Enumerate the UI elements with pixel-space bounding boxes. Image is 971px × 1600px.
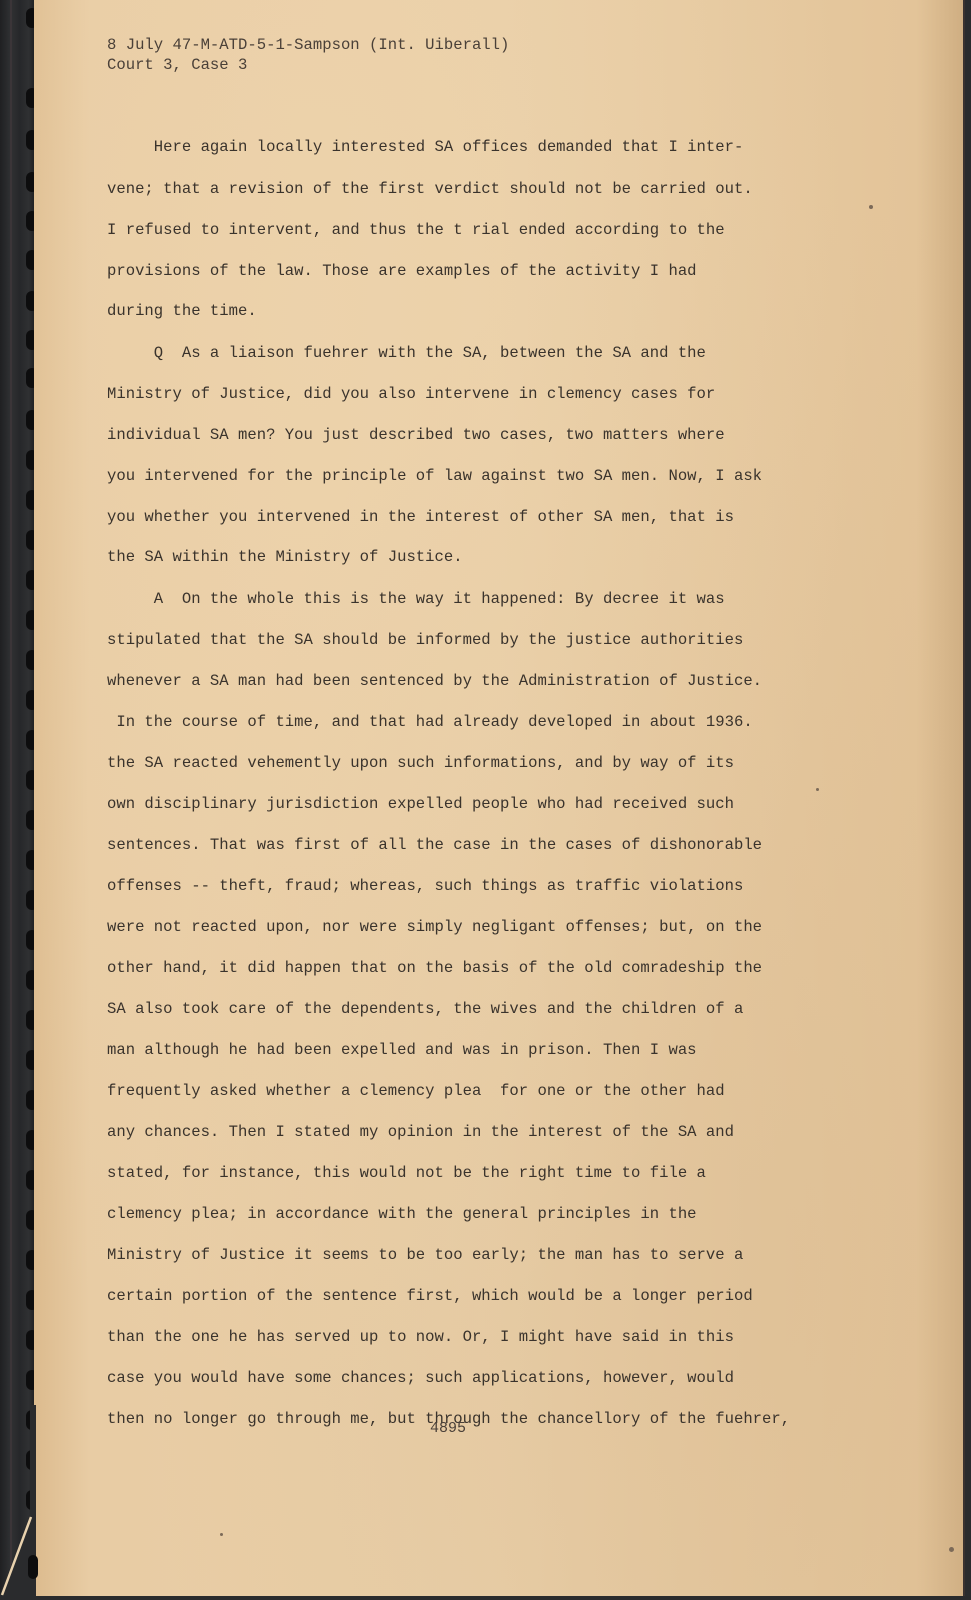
binder-strip	[0, 0, 36, 1600]
transcript-line: you intervened for the principle of law …	[107, 467, 762, 485]
transcript-line: were not reacted upon, nor were simply n…	[107, 918, 762, 936]
paper-speck	[220, 1533, 223, 1536]
transcript-line: during the time.	[107, 302, 257, 320]
transcript-line: A On the whole this is the way it happen…	[107, 590, 725, 608]
transcript-line: SA also took care of the dependents, the…	[107, 1000, 743, 1018]
torn-page-corner	[0, 1405, 40, 1600]
transcript-line: Ministry of Justice, did you also interv…	[107, 385, 715, 403]
binder-edge-line	[10, 0, 12, 1600]
transcript-line: the SA reacted vehemently upon such info…	[107, 754, 734, 772]
transcript-line: Ministry of Justice it seems to be too e…	[107, 1246, 743, 1264]
transcript-line: In the course of time, and that had alre…	[107, 713, 753, 731]
paper-speck	[869, 205, 873, 209]
transcript-line: stated, for instance, this would not be …	[107, 1164, 706, 1182]
transcript-line: vene; that a revision of the first verdi…	[107, 180, 753, 198]
transcript-line: individual SA men? You just described tw…	[107, 426, 725, 444]
transcript-line: whenever a SA man had been sentenced by …	[107, 672, 762, 690]
transcript-line: other hand, it did happen that on the ba…	[107, 959, 762, 977]
transcript-line: than the one he has served up to now. Or…	[107, 1328, 734, 1346]
transcript-line: man although he had been expelled and wa…	[107, 1041, 697, 1059]
paper-speck	[816, 788, 819, 791]
transcript-line: Here again locally interested SA offices…	[107, 138, 743, 156]
transcript-line: Q As a liaison fuehrer with the SA, betw…	[107, 344, 706, 362]
transcript-line: stipulated that the SA should be informe…	[107, 631, 743, 649]
transcript-line: clemency plea; in accordance with the ge…	[107, 1205, 697, 1223]
transcript-line: case you would have some chances; such a…	[107, 1369, 734, 1387]
transcript-line: any chances. Then I stated my opinion in…	[107, 1123, 734, 1141]
transcript-line: the SA within the Ministry of Justice.	[107, 548, 463, 566]
transcript-line: sentences. That was first of all the cas…	[107, 836, 762, 854]
page-number: 4895	[430, 1420, 466, 1437]
paper-speck	[949, 1547, 954, 1552]
transcript-line: certain portion of the sentence first, w…	[107, 1287, 753, 1305]
document-header-reference: 8 July 47-M-ATD-5-1-Sampson (Int. Uibera…	[107, 36, 509, 54]
transcript-line: provisions of the law. Those are example…	[107, 262, 697, 280]
transcript-line: own disciplinary jurisdiction expelled p…	[107, 795, 734, 813]
transcript-line: frequently asked whether a clemency plea…	[107, 1082, 725, 1100]
document-header-court: Court 3, Case 3	[107, 56, 247, 74]
transcript-line: I refused to intervent, and thus the t r…	[107, 221, 725, 239]
transcript-line: you whether you intervened in the intere…	[107, 508, 734, 526]
transcript-line: offenses -- theft, fraud; whereas, such …	[107, 877, 743, 895]
